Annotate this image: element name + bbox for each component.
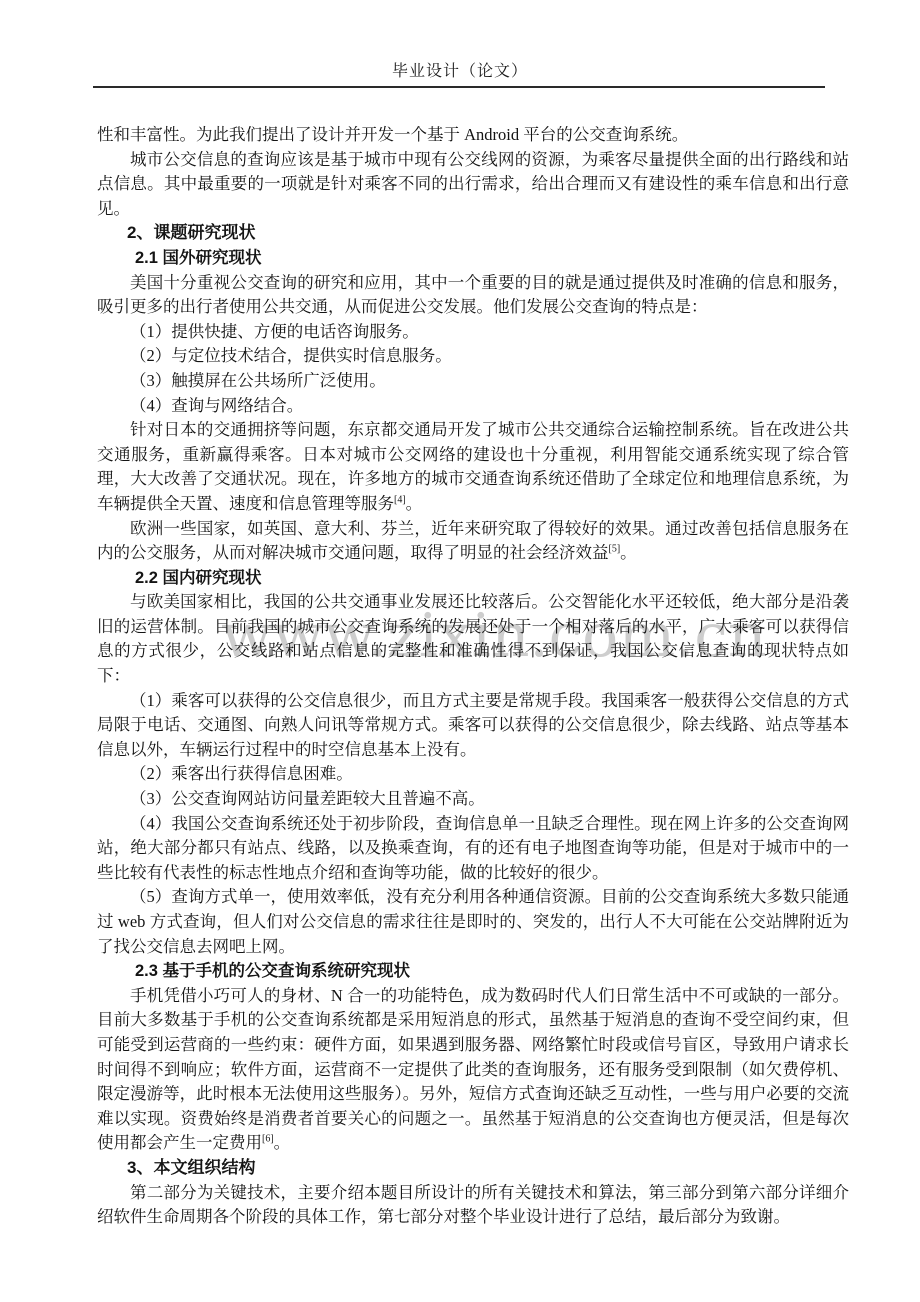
list-item: （2）与定位技术结合，提供实时信息服务。 [97, 344, 849, 369]
section-heading: 3、本文组织结构 [97, 1156, 849, 1181]
section-subheading: 2.2 国内研究现状 [97, 566, 849, 591]
list-item: （3）公交查询网站访问量差距较大且普遍不高。 [97, 787, 849, 812]
citation-ref: [5] [609, 544, 621, 555]
text-run: 欧洲一些国家，如英国、意大利、芬兰，近年来研究取了得较好的效果。通过改善包括信息… [97, 519, 849, 563]
text-run: 城市公交信息的查询应该是基于城市中现有公交线网的资源，为乘客尽量提供全面的出行路… [97, 150, 849, 218]
text-run: 2.1 国外研究现状 [135, 249, 262, 267]
text-run: （3）触摸屏在公共场所广泛使用。 [130, 371, 386, 390]
section-heading: 2、课题研究现状 [97, 221, 849, 246]
list-item: （1）乘客可以获得的公交信息很少，而且方式主要是常规手段。我国乘客一般获得公交信… [97, 689, 849, 763]
text-run: 2.3 基于手机的公交查询系统研究现状 [135, 962, 410, 980]
list-item: （3）触摸屏在公共场所广泛使用。 [97, 369, 849, 394]
list-item: （1）提供快捷、方便的电话咨询服务。 [97, 320, 849, 345]
text-run: （2）乘客出行获得信息困难。 [130, 764, 353, 783]
text-run: 。 [274, 1133, 291, 1152]
citation-ref: [6] [262, 1134, 274, 1145]
text-run: 针对日本的交通拥挤等问题，东京都交通局开发了城市公共交通综合运输控制系统。旨在改… [97, 420, 849, 513]
text-run: 与欧美国家相比，我国的公共交通事业发展还比较落后。公交智能化水平还较低，绝大部分… [97, 592, 849, 685]
citation-ref: [4] [394, 494, 406, 505]
paragraph: 针对日本的交通拥挤等问题，东京都交通局开发了城市公共交通综合运输控制系统。旨在改… [97, 418, 849, 516]
text-run: （4）查询与网络结合。 [130, 396, 303, 415]
text-run: 美国十分重视公交查询的研究和应用，其中一个重要的目的就是通过提供及时准确的信息和… [97, 273, 849, 317]
paragraph: 手机凭借小巧可人的身材、N 合一的功能特色，成为数码时代人们日常生活中不可或缺的… [97, 984, 849, 1156]
text-run: 性和丰富性。为此我们提出了设计并开发一个基于 Android 平台的公交查询系统… [97, 125, 688, 144]
text-run: 第二部分为关键技术，主要介绍本题目所设计的所有关键技术和算法，第三部分到第六部分… [97, 1183, 849, 1227]
paragraph: 欧洲一些国家，如英国、意大利、芬兰，近年来研究取了得较好的效果。通过改善包括信息… [97, 517, 849, 566]
text-run: （1）提供快捷、方便的电话咨询服务。 [130, 322, 419, 341]
list-item: （2）乘客出行获得信息困难。 [97, 762, 849, 787]
text-run: 2、课题研究现状 [127, 223, 255, 242]
text-run: 。 [406, 494, 423, 513]
paragraph: 城市公交信息的查询应该是基于城市中现有公交线网的资源，为乘客尽量提供全面的出行路… [97, 148, 849, 222]
section-subheading: 2.1 国外研究现状 [97, 246, 849, 271]
text-run: （1）乘客可以获得的公交信息很少，而且方式主要是常规手段。我国乘客一般获得公交信… [97, 691, 849, 759]
text-run: （4）我国公交查询系统还处于初步阶段，查询信息单一且缺乏合理性。现在网上许多的公… [97, 814, 849, 882]
list-item: （5）查询方式单一，使用效率低，没有充分利用各种通信资源。目前的公交查询系统大多… [97, 885, 849, 959]
page-header-title: 毕业设计（论文） [0, 58, 920, 81]
text-run: 2.2 国内研究现状 [135, 569, 262, 587]
text-run: （5）查询方式单一，使用效率低，没有充分利用各种通信资源。目前的公交查询系统大多… [97, 887, 849, 955]
paragraph: 与欧美国家相比，我国的公共交通事业发展还比较落后。公交智能化水平还较低，绝大部分… [97, 590, 849, 688]
paragraph: 美国十分重视公交查询的研究和应用，其中一个重要的目的就是通过提供及时准确的信息和… [97, 271, 849, 320]
text-run: （2）与定位技术结合，提供实时信息服务。 [130, 346, 452, 365]
list-item: （4）我国公交查询系统还处于初步阶段，查询信息单一且缺乏合理性。现在网上许多的公… [97, 812, 849, 886]
document-body: 性和丰富性。为此我们提出了设计并开发一个基于 Android 平台的公交查询系统… [97, 123, 849, 1230]
text-run: （3）公交查询网站访问量差距较大且普遍不高。 [130, 789, 485, 808]
section-subheading: 2.3 基于手机的公交查询系统研究现状 [97, 959, 849, 984]
text-run: 。 [620, 543, 637, 562]
text-run: 手机凭借小巧可人的身材、N 合一的功能特色，成为数码时代人们日常生活中不可或缺的… [97, 986, 849, 1153]
header-rule [93, 86, 825, 88]
paragraph: 性和丰富性。为此我们提出了设计并开发一个基于 Android 平台的公交查询系统… [97, 123, 849, 148]
paragraph: 第二部分为关键技术，主要介绍本题目所设计的所有关键技术和算法，第三部分到第六部分… [97, 1181, 849, 1230]
list-item: （4）查询与网络结合。 [97, 394, 849, 419]
text-run: 3、本文组织结构 [127, 1158, 255, 1177]
